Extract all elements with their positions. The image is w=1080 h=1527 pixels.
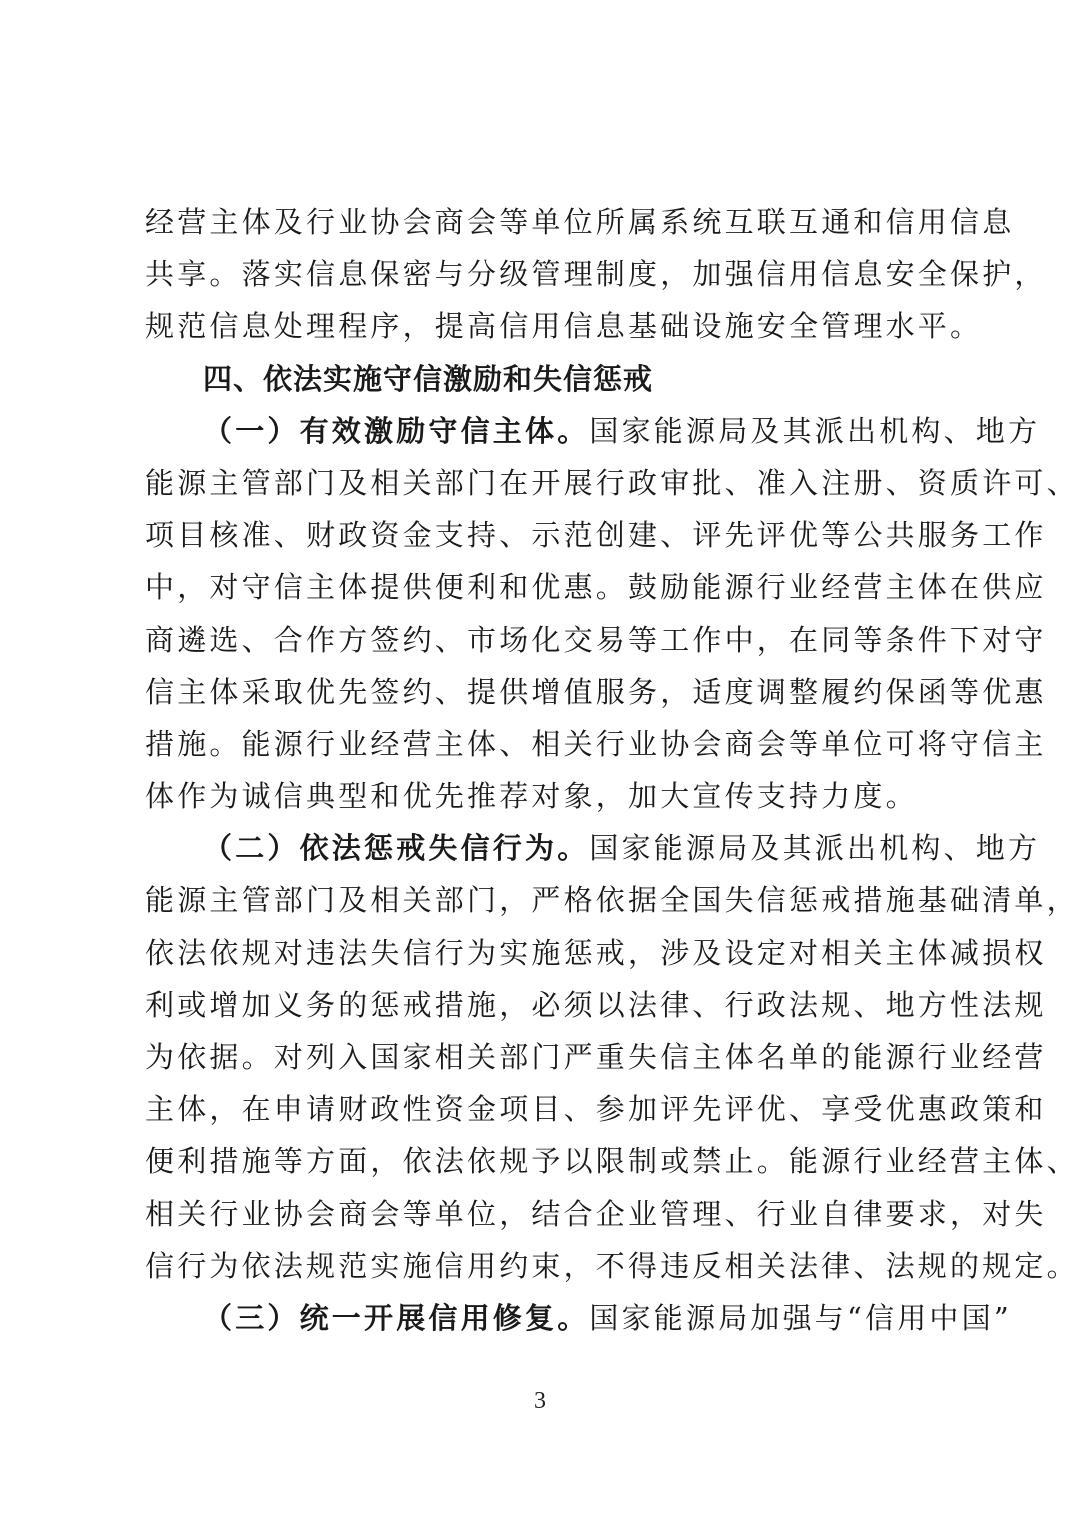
text-line: 信主体采取优先签约、提供增值服务，适度调整履约保函等优惠 (145, 666, 945, 718)
text-line: 信行为依法规范实施信用约束，不得违反相关法律、法规的规定。 (145, 1240, 945, 1292)
section-heading: 四、依法实施守信激励和失信惩戒 (145, 353, 945, 405)
subsection-title: （一）有效激励守信主体。 (203, 414, 589, 448)
text-span: 国家能源局加强与“信用中国” (589, 1301, 1011, 1335)
text-line: 能源主管部门及相关部门，严格依据全国失信惩戒措施基础清单， (145, 874, 945, 926)
text-line: 能源主管部门及相关部门在开展行政审批、准入注册、资质许可、 (145, 457, 945, 509)
text-line: 项目核准、财政资金支持、示范创建、评先评优等公共服务工作 (145, 509, 945, 561)
paragraph-first-line: （二）依法惩戒失信行为。国家能源局及其派出机构、地方 (145, 822, 945, 874)
text-line: 共享。落实信息保密与分级管理制度，加强信用信息安全保护， (145, 248, 945, 300)
text-line: 经营主体及行业协会商会等单位所属系统互联互通和信用信息 (145, 196, 945, 248)
text-line: 规范信息处理程序，提高信用信息基础设施安全管理水平。 (145, 300, 945, 352)
text-line: 商遴选、合作方签约、市场化交易等工作中，在同等条件下对守 (145, 614, 945, 666)
text-line: 相关行业协会商会等单位，结合企业管理、行业自律要求，对失 (145, 1188, 945, 1240)
text-line: 依法依规对违法失信行为实施惩戒，涉及设定对相关主体减损权 (145, 927, 945, 979)
document-page: 经营主体及行业协会商会等单位所属系统互联互通和信用信息 共享。落实信息保密与分级… (0, 0, 1080, 1527)
text-span: 国家能源局及其派出机构、地方 (589, 414, 1040, 448)
subsection-title: （三）统一开展信用修复。 (203, 1301, 589, 1335)
subsection-title: （二）依法惩戒失信行为。 (203, 831, 589, 865)
text-line: 主体，在申请财政性资金项目、参加评先评优、享受优惠政策和 (145, 1083, 945, 1135)
paragraph-first-line: （一）有效激励守信主体。国家能源局及其派出机构、地方 (145, 405, 945, 457)
text-line: 中，对守信主体提供便利和优惠。鼓励能源行业经营主体在供应 (145, 561, 945, 613)
text-line: 便利措施等方面，依法依规予以限制或禁止。能源行业经营主体、 (145, 1135, 945, 1187)
text-line: 利或增加义务的惩戒措施，必须以法律、行政法规、地方性法规 (145, 979, 945, 1031)
text-line: 体作为诚信典型和优先推荐对象，加大宣传支持力度。 (145, 770, 945, 822)
text-span: 国家能源局及其派出机构、地方 (589, 831, 1040, 865)
text-line: 为依据。对列入国家相关部门严重失信主体名单的能源行业经营 (145, 1031, 945, 1083)
paragraph-first-line: （三）统一开展信用修复。国家能源局加强与“信用中国” (145, 1292, 945, 1344)
page-number: 3 (0, 1388, 1080, 1415)
page-body: 经营主体及行业协会商会等单位所属系统互联互通和信用信息 共享。落实信息保密与分级… (145, 196, 945, 1344)
text-line: 措施。能源行业经营主体、相关行业协会商会等单位可将守信主 (145, 718, 945, 770)
